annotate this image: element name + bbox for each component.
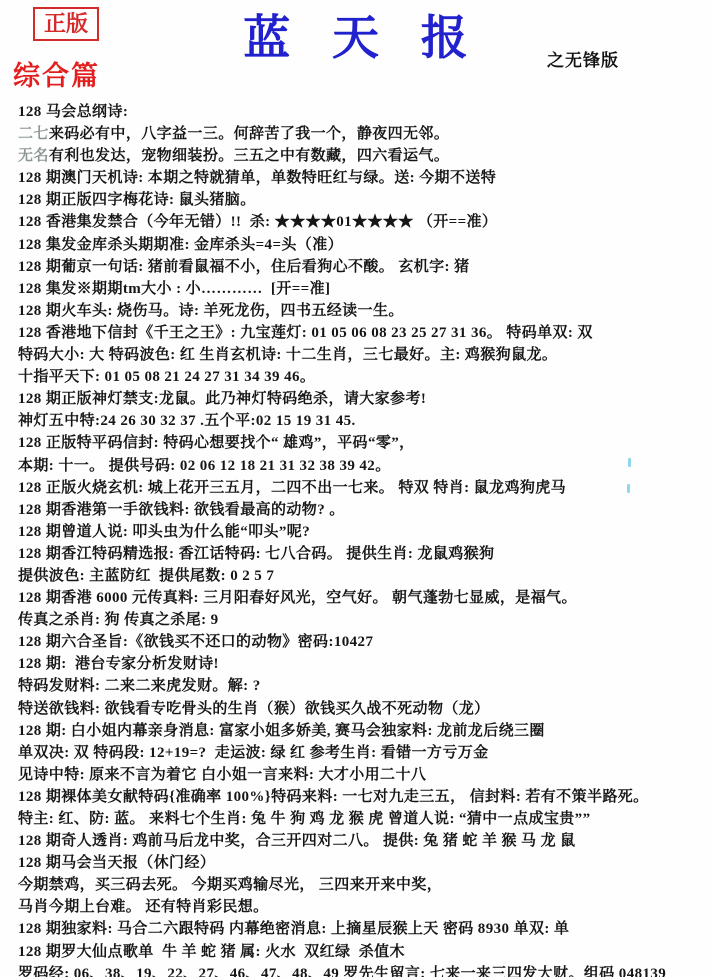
content-line: 128 期香港 6000 元传真料: 三月阳春好风光，空气好。 朝气蓬勃七显威，… bbox=[18, 587, 710, 609]
content-line: 神灯五中特:24 26 30 32 37 .五个平:02 15 19 31 45… bbox=[18, 410, 710, 432]
line-text: 128 期独家料: 马合二六跟特码 内幕绝密消息: 上摘星辰猴上天 密码 893… bbox=[18, 921, 569, 937]
line-text: 128 期正版神灯禁支:龙鼠。此乃神灯特码绝杀，请大家参考! bbox=[18, 391, 426, 407]
content-line: 128 期裸体美女献特码{准确率 100%}特码来料: 一七对九走三五， 信封料… bbox=[18, 786, 710, 808]
content-line: 128 期葡京一句话: 猪前看鼠福不小，住后看狗心不酸。 玄机字: 猪 bbox=[18, 256, 710, 278]
cyan-scan-artifact bbox=[627, 484, 630, 493]
faded-prefix-text: 二七 bbox=[18, 126, 49, 142]
line-text: 128 马会总纲诗: bbox=[18, 104, 128, 120]
line-text: 128 香港地下信封《千王之王》: 九宝莲灯: 01 05 06 08 23 2… bbox=[18, 325, 593, 341]
content-line: 特码大小: 大 特码波色: 红 生肖玄机诗: 十二生肖，三七最好。主: 鸡猴狗鼠… bbox=[18, 344, 710, 366]
line-text: 特主: 红、防: 蓝。 来料七个生肖: 兔 牛 狗 鸡 龙 猴 虎 曾道人说: … bbox=[18, 811, 590, 827]
content-line: 128 期奇人透肖: 鸡前马后龙中奖，合三开四对二八。 提供: 兔 猪 蛇 羊 … bbox=[18, 830, 710, 852]
content-line: 128 期正版神灯禁支:龙鼠。此乃神灯特码绝杀，请大家参考! bbox=[18, 388, 710, 410]
content-line: 128 正版特平码信封: 特码心想要找个“ 雄鸡”，平码“零”， bbox=[18, 432, 710, 454]
line-text: 128 期香港 6000 元传真料: 三月阳春好风光，空气好。 朝气蓬勃七显威，… bbox=[18, 590, 577, 606]
content-line: 本期: 十一。 提供号码: 02 06 12 18 21 31 32 38 39… bbox=[18, 455, 710, 477]
content-line: 128 期火车头: 烧伤马。诗: 羊死龙伤，四书五经读一生。 bbox=[18, 300, 710, 322]
content-line: 马肖今期上台难。 还有特肖彩民想。 bbox=[18, 896, 710, 918]
line-text: 本期: 十一。 提供号码: 02 06 12 18 21 31 32 38 39… bbox=[18, 458, 391, 474]
line-text: 单双决: 双 特码段: 12+19=? 走运波: 绿 红 参考生肖: 看错一方亏… bbox=[18, 745, 489, 761]
line-text: 128 期葡京一句话: 猪前看鼠福不小，住后看狗心不酸。 玄机字: 猪 bbox=[18, 259, 470, 275]
line-text: 128 集发※期期tm大小 : 小………… [开==准] bbox=[18, 281, 330, 297]
line-text: 来码必有中，八字益一三。何辞苦了我一个，静夜四无邻。 bbox=[49, 126, 449, 142]
line-text: 128 正版特平码信封: 特码心想要找个“ 雄鸡”，平码“零”， bbox=[18, 435, 415, 451]
line-text: 今期禁鸡，买三码去死。 今期买鸡输尽光， 三四来开来中奖， bbox=[18, 877, 442, 893]
line-text: 特码大小: 大 特码波色: 红 生肖玄机诗: 十二生肖，三七最好。主: 鸡猴狗鼠… bbox=[18, 347, 557, 363]
newspaper-page: 正版 蓝 天 报 之无锋版 综合篇 128 马会总纲诗:二七来码必有中，八字益一… bbox=[0, 0, 713, 977]
line-text: 特送欲钱料: 欲钱看专吃骨头的生肖（猴）欲钱买久战不死动物（龙） bbox=[18, 701, 490, 717]
content-line: 128 正版火烧玄机: 城上花开三五月，二四不出一七来。 特双 特肖: 鼠龙鸡狗… bbox=[18, 477, 710, 499]
content-line: 128 集发※期期tm大小 : 小………… [开==准] bbox=[18, 278, 710, 300]
section-title: 综合篇 bbox=[13, 54, 100, 93]
line-text: 128 期马会当天报（休门经） bbox=[18, 855, 215, 871]
content-line: 128 期六合圣旨:《欲钱买不还口的动物》密码:10427 bbox=[18, 631, 710, 653]
line-text: 马肖今期上台难。 还有特肖彩民想。 bbox=[18, 899, 269, 915]
line-text: 128 期: 白小姐内幕亲身消息: 富家小姐多娇美, 赛马会独家料: 龙前龙后绕… bbox=[18, 723, 545, 739]
content-line: 128 期香港第一手欲钱料: 欲钱看最高的动物? 。 bbox=[18, 499, 710, 521]
line-text: 128 期火车头: 烧伤马。诗: 羊死龙伤，四书五经读一生。 bbox=[18, 303, 404, 319]
line-text: 128 期香江特码精选报: 香江话特码: 七八合码。 提供生肖: 龙鼠鸡猴狗 bbox=[18, 546, 494, 562]
cyan-scan-artifact bbox=[628, 458, 631, 467]
content-line: 128 期罗大仙点歌单 牛 羊 蛇 猪 属: 火水 双红绿 杀值木 bbox=[18, 941, 710, 963]
line-text: 十指平天下: 01 05 08 21 24 27 31 34 39 46。 bbox=[18, 369, 315, 385]
content-line: 128 期独家料: 马合二六跟特码 内幕绝密消息: 上摘星辰猴上天 密码 893… bbox=[18, 918, 710, 940]
line-text: 128 期奇人透肖: 鸡前马后龙中奖，合三开四对二八。 提供: 兔 猪 蛇 羊 … bbox=[18, 833, 576, 849]
line-text: 见诗中特: 原来不言为着它 白小姐一言来料: 大才小用二十八 bbox=[18, 767, 426, 783]
content-line: 128 香港地下信封《千王之王》: 九宝莲灯: 01 05 06 08 23 2… bbox=[18, 322, 710, 344]
content-line: 128 期香江特码精选报: 香江话特码: 七八合码。 提供生肖: 龙鼠鸡猴狗 bbox=[18, 543, 710, 565]
line-text: 128 期澳门天机诗: 本期之特就猜单，单数特旺红与绿。送: 今期不送特 bbox=[18, 170, 496, 186]
content-line: 128 马会总纲诗: bbox=[18, 101, 710, 123]
content-line: 无名有利也发达，宠物细装扮。三五之中有数藏，四六看运气。 bbox=[18, 145, 710, 167]
content-line: 特主: 红、防: 蓝。 来料七个生肖: 兔 牛 狗 鸡 龙 猴 虎 曾道人说: … bbox=[18, 808, 710, 830]
content-line: 特送欲钱料: 欲钱看专吃骨头的生肖（猴）欲钱买久战不死动物（龙） bbox=[18, 698, 710, 720]
line-text: 128 期香港第一手欲钱料: 欲钱看最高的动物? 。 bbox=[18, 502, 345, 518]
line-text: 提供波色: 主蓝防红 提供尾数: 0 2 5 7 bbox=[18, 568, 274, 584]
content-line: 128 期正版四字梅花诗: 鼠头猪脑。 bbox=[18, 189, 710, 211]
content-line: 单双决: 双 特码段: 12+19=? 走运波: 绿 红 参考生肖: 看错一方亏… bbox=[18, 742, 710, 764]
content-line: 提供波色: 主蓝防红 提供尾数: 0 2 5 7 bbox=[18, 565, 710, 587]
line-text: 128 期正版四字梅花诗: 鼠头猪脑。 bbox=[18, 192, 256, 208]
line-text: 罗码经: 06、38、19、22、27、46、47、48、49 罗先生留言: 七… bbox=[18, 966, 666, 977]
line-text: 128 正版火烧玄机: 城上花开三五月，二四不出一七来。 特双 特肖: 鼠龙鸡狗… bbox=[18, 480, 566, 496]
line-text: 128 期裸体美女献特码{准确率 100%}特码来料: 一七对九走三五， 信封料… bbox=[18, 789, 649, 805]
line-text: 传真之杀肖: 狗 传真之杀尾: 9 bbox=[18, 612, 219, 628]
line-text: 128 期六合圣旨:《欲钱买不还口的动物》密码:10427 bbox=[18, 634, 373, 650]
line-text: 128 香港集发禁合（今年无错）!! 杀: ★★★★01★★★★ （开==准） bbox=[18, 214, 497, 230]
content-line: 128 集发金库杀头期期准: 金库杀头=4=头（准） bbox=[18, 234, 710, 256]
content-line: 128 期澳门天机诗: 本期之特就猜单，单数特旺红与绿。送: 今期不送特 bbox=[18, 167, 710, 189]
line-text: 有利也发达，宠物细装扮。三五之中有数藏，四六看运气。 bbox=[49, 148, 449, 164]
content-line: 128 香港集发禁合（今年无错）!! 杀: ★★★★01★★★★ （开==准） bbox=[18, 211, 710, 233]
content-line: 二七来码必有中，八字益一三。何辞苦了我一个，静夜四无邻。 bbox=[18, 123, 710, 145]
content-line: 见诗中特: 原来不言为着它 白小姐一言来料: 大才小用二十八 bbox=[18, 764, 710, 786]
line-text: 128 期曾道人说: 叩头虫为什么能“叩头”呢? bbox=[18, 524, 310, 540]
line-text: 神灯五中特:24 26 30 32 37 .五个平:02 15 19 31 45… bbox=[18, 413, 356, 429]
line-text: 128 期: 港台专家分析发财诗! bbox=[18, 656, 219, 672]
line-text: 128 集发金库杀头期期准: 金库杀头=4=头（准） bbox=[18, 237, 343, 253]
content-line: 传真之杀肖: 狗 传真之杀尾: 9 bbox=[18, 609, 710, 631]
faded-prefix-text: 无名 bbox=[18, 148, 49, 164]
content-line: 罗码经: 06、38、19、22、27、46、47、48、49 罗先生留言: 七… bbox=[18, 963, 710, 977]
content-line: 十指平天下: 01 05 08 21 24 27 31 34 39 46。 bbox=[18, 366, 710, 388]
content-line: 128 期: 港台专家分析发财诗! bbox=[18, 653, 710, 675]
content-lines: 128 马会总纲诗:二七来码必有中，八字益一三。何辞苦了我一个，静夜四无邻。无名… bbox=[18, 101, 710, 977]
content-line: 128 期马会当天报（休门经） bbox=[18, 852, 710, 874]
content-line: 128 期曾道人说: 叩头虫为什么能“叩头”呢? bbox=[18, 521, 710, 543]
edition-label: 之无锋版 bbox=[547, 46, 619, 71]
content-line: 今期禁鸡，买三码去死。 今期买鸡输尽光， 三四来开来中奖， bbox=[18, 874, 710, 896]
content-line: 特码发财料: 二来二来虎发财。解: ? bbox=[18, 675, 710, 697]
line-text: 128 期罗大仙点歌单 牛 羊 蛇 猪 属: 火水 双红绿 杀值木 bbox=[18, 944, 405, 960]
line-text: 特码发财料: 二来二来虎发财。解: ? bbox=[18, 678, 261, 694]
content-line: 128 期: 白小姐内幕亲身消息: 富家小姐多娇美, 赛马会独家料: 龙前龙后绕… bbox=[18, 720, 710, 742]
